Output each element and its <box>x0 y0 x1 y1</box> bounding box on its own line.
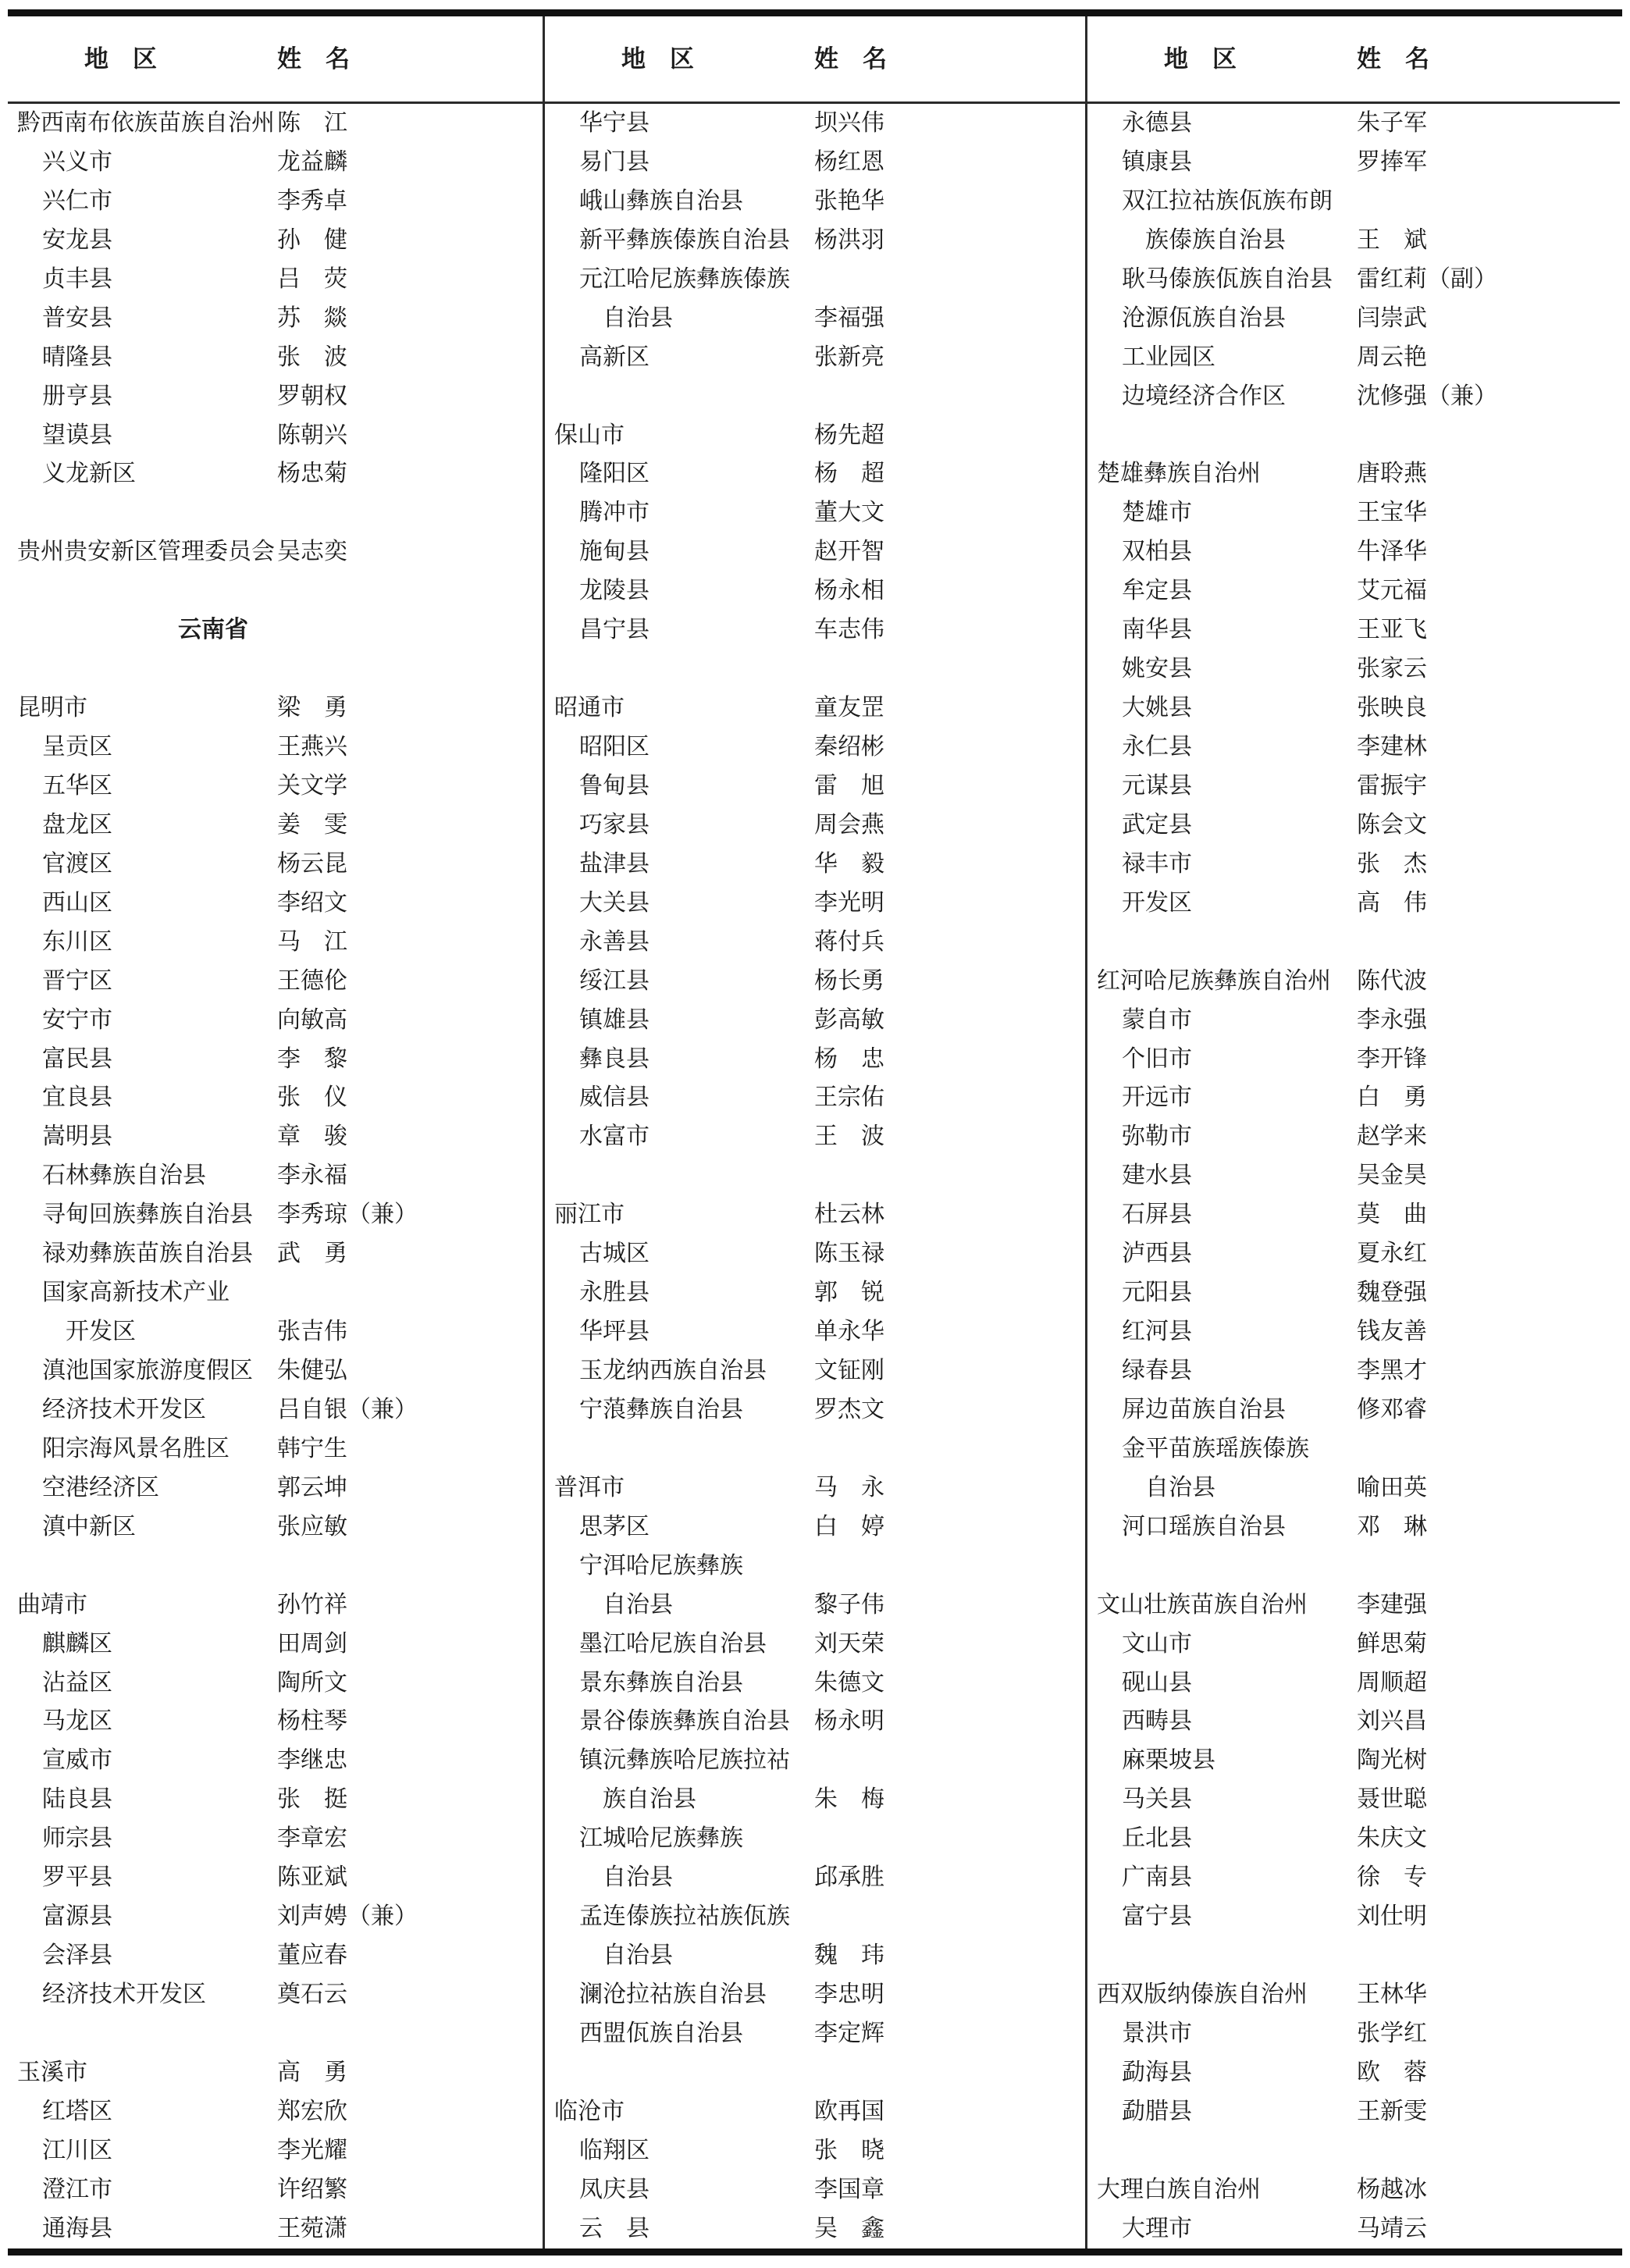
region-cell: 施甸县 <box>545 532 810 571</box>
region-cell: 保山市 <box>545 416 810 455</box>
region-cell: 永仁县 <box>1087 728 1353 767</box>
table-row: 盐津县华 毅 <box>545 845 1085 884</box>
table-row: 威信县王宗佑 <box>545 1078 1085 1117</box>
name-cell: 陶光树 <box>1353 1741 1620 1780</box>
name-cell: 魏登强 <box>1353 1273 1620 1312</box>
region-cell: 红塔区 <box>8 2092 273 2131</box>
name-cell: 华 毅 <box>810 845 1085 884</box>
region-cell: 官渡区 <box>8 845 273 884</box>
name-cell: 董应春 <box>273 1936 543 1975</box>
table-row: 勐腊县王新雯 <box>1087 2092 1620 2131</box>
name-cell: 王亚飞 <box>1353 611 1620 650</box>
region-cell: 金平苗族瑶族傣族 <box>1087 1430 1353 1469</box>
region-cell: 开发区 <box>8 1312 273 1351</box>
name-cell: 沈修强（兼） <box>1353 377 1620 416</box>
name-cell: 杨云昆 <box>273 845 543 884</box>
name-cell: 雷 旭 <box>810 767 1085 806</box>
table-row: 罗平县陈亚斌 <box>8 1858 543 1897</box>
name-cell: 文钲刚 <box>810 1351 1085 1390</box>
table-row: 宣威市李继忠 <box>8 1741 543 1780</box>
table-column-group-left: 地 区 姓 名 黔西南布依族苗族自治州陈 江兴义市龙益麟兴仁市李秀卓安龙县孙 健… <box>8 16 543 2248</box>
table-row: 镇康县罗捧军 <box>1087 143 1620 182</box>
table-row: 楚雄市王宝华 <box>1087 493 1620 532</box>
region-cell: 巧家县 <box>545 806 810 845</box>
table-row: 思茅区白 婷 <box>545 1508 1085 1547</box>
table-row: 空港经济区郭云坤 <box>8 1469 543 1508</box>
region-cell: 经济技术开发区 <box>8 1390 273 1430</box>
table-row: 西双版纳傣族自治州王林华 <box>1087 1975 1620 2014</box>
table-row: 曲靖市孙竹祥 <box>8 1586 543 1625</box>
region-cell: 宁蒗彝族自治县 <box>545 1390 810 1430</box>
blank-row <box>1087 923 1620 962</box>
region-cell: 马龙区 <box>8 1702 273 1741</box>
name-cell: 聂世聪 <box>1353 1780 1620 1819</box>
region-cell: 弥勒市 <box>1087 1117 1353 1156</box>
region-cell: 黔西南布依族苗族自治州 <box>8 104 273 143</box>
name-cell: 杨红恩 <box>810 143 1085 182</box>
blank-row <box>8 1547 543 1586</box>
table-row: 姚安县张家云 <box>1087 650 1620 689</box>
region-cell: 腾冲市 <box>545 493 810 532</box>
table-row: 昌宁县车志伟 <box>545 611 1085 650</box>
region-cell: 双柏县 <box>1087 532 1353 571</box>
name-cell: 李 黎 <box>273 1040 543 1079</box>
name-cell: 王 斌 <box>1353 221 1620 260</box>
name-cell: 刘天荣 <box>810 1625 1085 1664</box>
region-cell: 呈贡区 <box>8 728 273 767</box>
table-row: 易门县杨红恩 <box>545 143 1085 182</box>
region-cell: 华坪县 <box>545 1312 810 1351</box>
table-row: 永仁县李建林 <box>1087 728 1620 767</box>
table-row: 开发区高 伟 <box>1087 884 1620 923</box>
region-cell: 元江哈尼族彝族傣族 <box>545 260 810 299</box>
region-cell: 自治县 <box>1087 1469 1353 1508</box>
table-row: 大关县李光明 <box>545 884 1085 923</box>
region-cell: 昆明市 <box>8 689 273 728</box>
name-cell: 张 杰 <box>1353 845 1620 884</box>
region-cell: 禄劝彝族苗族自治县 <box>8 1234 273 1273</box>
name-cell: 高 伟 <box>1353 884 1620 923</box>
region-cell: 罗平县 <box>8 1858 273 1897</box>
region-cell: 族傣族自治县 <box>1087 221 1353 260</box>
blank-row <box>8 493 543 532</box>
region-cell: 普洱市 <box>545 1469 810 1508</box>
table-row: 禄丰市张 杰 <box>1087 845 1620 884</box>
region-cell: 东川区 <box>8 923 273 962</box>
table-row: 鲁甸县雷 旭 <box>545 767 1085 806</box>
table-row: 石林彝族自治县李永福 <box>8 1156 543 1195</box>
name-cell: 莫 曲 <box>1353 1195 1620 1234</box>
region-cell: 凤庆县 <box>545 2170 810 2209</box>
name-cell: 李永福 <box>273 1156 543 1195</box>
name-cell: 陈玉禄 <box>810 1234 1085 1273</box>
name-cell: 周会燕 <box>810 806 1085 845</box>
table-row: 官渡区杨云昆 <box>8 845 543 884</box>
region-cell: 广南县 <box>1087 1858 1353 1897</box>
table-row: 经济技术开发区吕自银（兼） <box>8 1390 543 1430</box>
region-column-header: 地 区 <box>621 16 694 101</box>
name-cell: 杨永明 <box>810 1702 1085 1741</box>
table-row: 兴仁市李秀卓 <box>8 182 543 221</box>
region-cell: 永德县 <box>1087 104 1353 143</box>
table-row: 安龙县孙 健 <box>8 221 543 260</box>
region-cell: 屏边苗族自治县 <box>1087 1390 1353 1430</box>
table-row: 元阳县魏登强 <box>1087 1273 1620 1312</box>
region-cell: 古城区 <box>545 1234 810 1273</box>
name-cell: 朱德文 <box>810 1664 1085 1703</box>
table-row: 双柏县牛泽华 <box>1087 532 1620 571</box>
region-cell: 阳宗海风景名胜区 <box>8 1430 273 1469</box>
blank-row <box>545 1430 1085 1469</box>
name-cell: 张映良 <box>1353 689 1620 728</box>
table-row: 砚山县周顺超 <box>1087 1664 1620 1703</box>
table-row: 会泽县董应春 <box>8 1936 543 1975</box>
table-row: 牟定县艾元福 <box>1087 571 1620 611</box>
region-cell: 册亨县 <box>8 377 273 416</box>
table-row: 晋宁区王德伦 <box>8 962 543 1001</box>
name-cell: 车志伟 <box>810 611 1085 650</box>
region-cell: 新平彝族傣族自治县 <box>545 221 810 260</box>
name-cell: 张新亮 <box>810 338 1085 377</box>
table-row: 水富市王 波 <box>545 1117 1085 1156</box>
name-cell: 李福强 <box>810 299 1085 338</box>
region-cell: 蒙自市 <box>1087 1001 1353 1040</box>
table-row: 麒麟区田周剑 <box>8 1625 543 1664</box>
region-cell: 彝良县 <box>545 1040 810 1079</box>
table-row: 建水县吴金昊 <box>1087 1156 1620 1195</box>
table-row: 陆良县张 挺 <box>8 1780 543 1819</box>
name-cell: 周顺超 <box>1353 1664 1620 1703</box>
name-cell: 钱友善 <box>1353 1312 1620 1351</box>
name-cell: 唐聆燕 <box>1353 454 1620 493</box>
region-cell: 陆良县 <box>8 1780 273 1819</box>
name-cell: 杨洪羽 <box>810 221 1085 260</box>
name-cell: 罗朝权 <box>273 377 543 416</box>
name-cell: 张家云 <box>1353 650 1620 689</box>
region-cell: 姚安县 <box>1087 650 1353 689</box>
table-row: 河口瑶族自治县邓 琳 <box>1087 1508 1620 1547</box>
name-cell: 吕自银（兼） <box>273 1390 543 1430</box>
region-cell: 西山区 <box>8 884 273 923</box>
table-row: 镇雄县彭高敏 <box>545 1001 1085 1040</box>
table-row: 临沧市欧再国 <box>545 2092 1085 2131</box>
name-cell: 杨永相 <box>810 571 1085 611</box>
region-cell: 安龙县 <box>8 221 273 260</box>
name-cell: 闫崇武 <box>1353 299 1620 338</box>
region-cell: 元谋县 <box>1087 767 1353 806</box>
name-cell <box>810 1897 1085 1936</box>
name-cell: 张艳华 <box>810 182 1085 221</box>
blank-row <box>1087 1547 1620 1586</box>
region-cell: 绿春县 <box>1087 1351 1353 1390</box>
table-row: 开发区张吉伟 <box>8 1312 543 1351</box>
table-row: 绿春县李黑才 <box>1087 1351 1620 1390</box>
table-row: 元谋县雷振宇 <box>1087 767 1620 806</box>
name-cell: 吕 荧 <box>273 260 543 299</box>
region-cell: 江城哈尼族彝族 <box>545 1819 810 1858</box>
table-row: 国家高新技术产业 <box>8 1273 543 1312</box>
name-cell: 牛泽华 <box>1353 532 1620 571</box>
province-section-label: 云南省 <box>8 611 248 650</box>
region-cell: 临翔区 <box>545 2131 810 2170</box>
name-cell: 苏 燚 <box>273 299 543 338</box>
name-cell: 修邓睿 <box>1353 1390 1620 1430</box>
table-row: 师宗县李章宏 <box>8 1819 543 1858</box>
blank-row <box>1087 1936 1620 1975</box>
table-row: 丽江市杜云林 <box>545 1195 1085 1234</box>
region-cell: 武定县 <box>1087 806 1353 845</box>
region-cell: 禄丰市 <box>1087 845 1353 884</box>
table-row: 峨山彝族自治县张艳华 <box>545 182 1085 221</box>
name-cell <box>810 1741 1085 1780</box>
name-cell: 张 仪 <box>273 1078 543 1117</box>
table-row: 凤庆县李国章 <box>545 2170 1085 2209</box>
region-cell: 兴仁市 <box>8 182 273 221</box>
table-row: 红河县钱友善 <box>1087 1312 1620 1351</box>
name-cell: 黎子伟 <box>810 1586 1085 1625</box>
region-cell: 师宗县 <box>8 1819 273 1858</box>
table-row: 大理白族自治州杨越冰 <box>1087 2170 1620 2209</box>
name-cell: 王德伦 <box>273 962 543 1001</box>
name-cell: 郑宏欣 <box>273 2092 543 2131</box>
name-cell: 魏 玮 <box>810 1936 1085 1975</box>
region-cell: 边境经济合作区 <box>1087 377 1353 416</box>
region-cell: 孟连傣族拉祜族佤族 <box>545 1897 810 1936</box>
name-column-header: 姓 名 <box>814 16 887 101</box>
region-cell: 临沧市 <box>545 2092 810 2131</box>
name-cell: 罗杰文 <box>810 1390 1085 1430</box>
region-cell: 会泽县 <box>8 1936 273 1975</box>
region-cell: 墨江哈尼族自治县 <box>545 1625 810 1664</box>
name-cell: 喻田英 <box>1353 1469 1620 1508</box>
name-cell: 白 勇 <box>1353 1078 1620 1117</box>
region-cell: 大姚县 <box>1087 689 1353 728</box>
region-cell: 义龙新区 <box>8 454 273 493</box>
table-row: 大理市马靖云 <box>1087 2209 1620 2248</box>
name-cell <box>810 1819 1085 1858</box>
name-cell: 梁 勇 <box>273 689 543 728</box>
name-cell <box>1353 1430 1620 1469</box>
name-cell: 李秀琼（兼） <box>273 1195 543 1234</box>
name-cell: 王 波 <box>810 1117 1085 1156</box>
table-row: 蒙自市李永强 <box>1087 1001 1620 1040</box>
table-row: 屏边苗族自治县修邓睿 <box>1087 1390 1620 1430</box>
table-row: 施甸县赵开智 <box>545 532 1085 571</box>
table-row: 滇池国家旅游度假区朱健弘 <box>8 1351 543 1390</box>
name-cell: 董大文 <box>810 493 1085 532</box>
table-row: 望谟县陈朝兴 <box>8 416 543 455</box>
name-cell: 徐 专 <box>1353 1858 1620 1897</box>
name-cell: 朱子军 <box>1353 104 1620 143</box>
table-column-group-middle: 地 区 姓 名 华宁县坝兴伟易门县杨红恩峨山彝族自治县张艳华新平彝族傣族自治县杨… <box>543 16 1085 2248</box>
table-row: 马关县聂世聪 <box>1087 1780 1620 1819</box>
name-cell: 杨先超 <box>810 416 1085 455</box>
region-cell: 自治县 <box>545 1586 810 1625</box>
name-cell: 李秀卓 <box>273 182 543 221</box>
table-row: 阳宗海风景名胜区韩宁生 <box>8 1430 543 1469</box>
table-row: 泸西县夏永红 <box>1087 1234 1620 1273</box>
table-row: 富源县刘声娉（兼） <box>8 1897 543 1936</box>
table-row: 华坪县单永华 <box>545 1312 1085 1351</box>
table-row: 耿马傣族佤族自治县雷红莉（副） <box>1087 260 1620 299</box>
name-cell: 杜云林 <box>810 1195 1085 1234</box>
table-row: 族傣族自治县王 斌 <box>1087 221 1620 260</box>
table-row: 永善县蒋付兵 <box>545 923 1085 962</box>
table-row: 五华区关文学 <box>8 767 543 806</box>
name-cell: 马靖云 <box>1353 2209 1620 2248</box>
name-cell: 王新雯 <box>1353 2092 1620 2131</box>
region-cell: 澜沧拉祜族自治县 <box>545 1975 810 2014</box>
region-cell: 空港经济区 <box>8 1469 273 1508</box>
table-row: 西盟佤族自治县李定辉 <box>545 2014 1085 2053</box>
name-cell: 鲜思菊 <box>1353 1625 1620 1664</box>
name-cell: 向敏高 <box>273 1001 543 1040</box>
table-row: 广南县徐 专 <box>1087 1858 1620 1897</box>
name-cell: 李开锋 <box>1353 1040 1620 1079</box>
table-row: 贵州贵安新区管理委员会吴志奕 <box>8 532 543 571</box>
name-cell: 奠石云 <box>273 1975 543 2014</box>
name-cell: 张学红 <box>1353 2014 1620 2053</box>
region-cell: 大关县 <box>545 884 810 923</box>
name-cell: 杨 超 <box>810 454 1085 493</box>
table-row: 宁蒗彝族自治县罗杰文 <box>545 1390 1085 1430</box>
region-cell: 自治县 <box>545 1858 810 1897</box>
region-cell: 华宁县 <box>545 104 810 143</box>
table-row: 云 县吴 鑫 <box>545 2209 1085 2248</box>
region-cell: 西双版纳傣族自治州 <box>1087 1975 1353 2014</box>
name-cell: 陈 江 <box>273 104 543 143</box>
region-cell: 盐津县 <box>545 845 810 884</box>
name-cell: 王林华 <box>1353 1975 1620 2014</box>
table-row: 楚雄彝族自治州唐聆燕 <box>1087 454 1620 493</box>
table-row: 石屏县莫 曲 <box>1087 1195 1620 1234</box>
region-cell: 易门县 <box>545 143 810 182</box>
name-cell: 关文学 <box>273 767 543 806</box>
table-row: 呈贡区王燕兴 <box>8 728 543 767</box>
table-row: 江城哈尼族彝族 <box>545 1819 1085 1858</box>
table-row: 龙陵县杨永相 <box>545 571 1085 611</box>
region-cell: 楚雄市 <box>1087 493 1353 532</box>
region-cell: 大理白族自治州 <box>1087 2170 1353 2209</box>
table-row: 黔西南布依族苗族自治州陈 江 <box>8 104 543 143</box>
table-row: 个旧市李开锋 <box>1087 1040 1620 1079</box>
table-row: 永德县朱子军 <box>1087 104 1620 143</box>
table-row: 华宁县坝兴伟 <box>545 104 1085 143</box>
region-cell: 红河县 <box>1087 1312 1353 1351</box>
table-rows: 永德县朱子军镇康县罗捧军双江拉祜族佤族布朗族傣族自治县王 斌耿马傣族佤族自治县雷… <box>1087 104 1620 2248</box>
region-cell: 威信县 <box>545 1078 810 1117</box>
table-row: 墨江哈尼族自治县刘天荣 <box>545 1625 1085 1664</box>
table-row: 金平苗族瑶族傣族 <box>1087 1430 1620 1469</box>
name-cell: 孙 健 <box>273 221 543 260</box>
region-cell: 石林彝族自治县 <box>8 1156 273 1195</box>
region-cell: 江川区 <box>8 2131 273 2170</box>
name-cell: 李章宏 <box>273 1819 543 1858</box>
table-row: 自治县李福强 <box>545 299 1085 338</box>
name-cell <box>1353 182 1620 221</box>
name-cell: 彭高敏 <box>810 1001 1085 1040</box>
table-row: 文山壮族苗族自治州李建强 <box>1087 1586 1620 1625</box>
name-cell: 吴 鑫 <box>810 2209 1085 2248</box>
name-cell: 田周剑 <box>273 1625 543 1664</box>
name-cell <box>273 1273 543 1312</box>
region-cell: 耿马傣族佤族自治县 <box>1087 260 1353 299</box>
blank-row <box>8 650 543 689</box>
blank-row <box>1087 2131 1620 2170</box>
name-cell: 朱 梅 <box>810 1780 1085 1819</box>
region-cell: 族自治县 <box>545 1780 810 1819</box>
region-cell: 昭阳区 <box>545 728 810 767</box>
table-row: 腾冲市董大文 <box>545 493 1085 532</box>
region-cell: 石屏县 <box>1087 1195 1353 1234</box>
name-cell: 李继忠 <box>273 1741 543 1780</box>
table-row: 澜沧拉祜族自治县李忠明 <box>545 1975 1085 2014</box>
table-row: 晴隆县张 波 <box>8 338 543 377</box>
name-cell: 杨 忠 <box>810 1040 1085 1079</box>
name-cell: 王宝华 <box>1353 493 1620 532</box>
region-cell: 双江拉祜族佤族布朗 <box>1087 182 1353 221</box>
name-cell: 陈亚斌 <box>273 1858 543 1897</box>
region-cell: 建水县 <box>1087 1156 1353 1195</box>
name-cell: 李绍文 <box>273 884 543 923</box>
region-cell: 镇康县 <box>1087 143 1353 182</box>
region-cell: 丘北县 <box>1087 1819 1353 1858</box>
name-cell: 李忠明 <box>810 1975 1085 2014</box>
table-rows: 华宁县坝兴伟易门县杨红恩峨山彝族自治县张艳华新平彝族傣族自治县杨洪羽元江哈尼族彝… <box>545 104 1085 2248</box>
table-row: 昭阳区秦绍彬 <box>545 728 1085 767</box>
table-row: 自治县魏 玮 <box>545 1936 1085 1975</box>
table-row: 册亨县罗朝权 <box>8 377 543 416</box>
table-row: 红塔区郑宏欣 <box>8 2092 543 2131</box>
region-cell: 个旧市 <box>1087 1040 1353 1079</box>
table-row: 兴义市龙益麟 <box>8 143 543 182</box>
table-row: 义龙新区杨忠菊 <box>8 454 543 493</box>
table-row: 红河哈尼族彝族自治州陈代波 <box>1087 962 1620 1001</box>
name-cell: 李建强 <box>1353 1586 1620 1625</box>
region-cell: 开发区 <box>1087 884 1353 923</box>
name-cell: 夏永红 <box>1353 1234 1620 1273</box>
name-cell: 郭云坤 <box>273 1469 543 1508</box>
name-cell: 雷红莉（副） <box>1353 260 1620 299</box>
name-cell: 张 晓 <box>810 2131 1085 2170</box>
name-cell: 李建林 <box>1353 728 1620 767</box>
table-row: 安宁市向敏高 <box>8 1001 543 1040</box>
name-cell: 蒋付兵 <box>810 923 1085 962</box>
region-cell: 镇沅彝族哈尼族拉祜 <box>545 1741 810 1780</box>
region-cell: 勐腊县 <box>1087 2092 1353 2131</box>
region-cell: 麒麟区 <box>8 1625 273 1664</box>
name-cell: 欧再国 <box>810 2092 1085 2131</box>
name-cell: 杨柱琴 <box>273 1702 543 1741</box>
region-cell: 高新区 <box>545 338 810 377</box>
region-cell: 元阳县 <box>1087 1273 1353 1312</box>
name-cell <box>810 1547 1085 1586</box>
name-cell: 李永强 <box>1353 1001 1620 1040</box>
table-row: 禄劝彝族苗族自治县武 勇 <box>8 1234 543 1273</box>
name-cell: 李光明 <box>810 884 1085 923</box>
region-cell: 嵩明县 <box>8 1117 273 1156</box>
table-row: 孟连傣族拉祜族佤族 <box>545 1897 1085 1936</box>
name-cell: 张吉伟 <box>273 1312 543 1351</box>
table-row: 大姚县张映良 <box>1087 689 1620 728</box>
table-row: 嵩明县章 骏 <box>8 1117 543 1156</box>
region-cell: 贞丰县 <box>8 260 273 299</box>
region-column-header: 地 区 <box>84 16 157 101</box>
table-row: 自治县黎子伟 <box>545 1586 1085 1625</box>
name-cell: 许绍繁 <box>273 2170 543 2209</box>
table-row: 沾益区陶所文 <box>8 1664 543 1703</box>
region-cell: 开远市 <box>1087 1078 1353 1117</box>
